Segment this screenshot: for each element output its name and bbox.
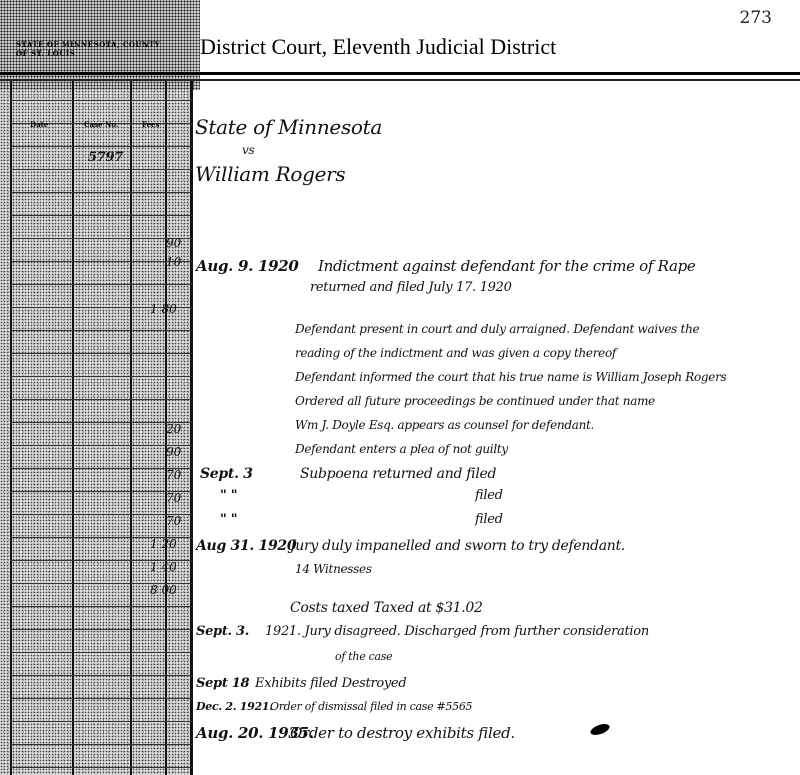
fee-amount: 90 bbox=[166, 236, 181, 250]
entry-date: Aug 31. 1920 bbox=[196, 538, 296, 554]
fee-amount: 20 bbox=[166, 422, 181, 436]
ledger-row-line bbox=[10, 629, 192, 630]
entry-text: Order of dismissal filed in case #5565 bbox=[270, 700, 472, 713]
entry-text: Defendant enters a plea of not guilty bbox=[295, 442, 508, 456]
fee-amount: 1 20 bbox=[150, 537, 177, 551]
ledger-row-line bbox=[10, 491, 192, 492]
entry-date: Sept. 3 bbox=[200, 466, 253, 482]
fee-amount: 8 00 bbox=[150, 583, 177, 597]
ledger-row-line bbox=[10, 100, 192, 101]
court-record-page: 273 STATE OF MINNESOTA, COUNTY OF ST. LO… bbox=[0, 0, 800, 775]
column-divider bbox=[72, 81, 74, 775]
ledger-row-line bbox=[10, 192, 192, 193]
entry-text: reading of the indictment and was given … bbox=[295, 346, 616, 360]
ledger-row-line bbox=[10, 284, 192, 285]
ledger-row-line bbox=[10, 238, 192, 239]
ink-blot bbox=[589, 722, 611, 737]
ledger-row-line bbox=[10, 606, 192, 607]
entry-text: 14 Witnesses bbox=[295, 562, 372, 576]
entry-text: Costs taxed Taxed at $31.02 bbox=[290, 600, 483, 616]
ledger-row-line bbox=[10, 698, 192, 699]
ledger-row-line bbox=[10, 468, 192, 469]
ledger-row-line bbox=[10, 146, 192, 147]
ledger-row-line bbox=[10, 422, 192, 423]
ledger-row-line bbox=[10, 376, 192, 377]
entry-text: Exhibits filed Destroyed bbox=[255, 676, 406, 691]
entry-text: Ordered all future proceedings be contin… bbox=[295, 394, 655, 408]
entry-date: Sept 18 bbox=[196, 676, 249, 691]
entry-text: of the case bbox=[335, 650, 392, 663]
entry-text: Jury duly impanelled and sworn to try de… bbox=[290, 538, 625, 554]
column-header-fees: Fees bbox=[142, 120, 159, 129]
case-versus: vs bbox=[242, 143, 254, 157]
entry-text: filed bbox=[475, 488, 503, 503]
page-number: 273 bbox=[740, 8, 772, 28]
ledger-row-line bbox=[10, 767, 192, 768]
entry-date: Sept. 3. bbox=[196, 624, 249, 639]
ledger-row-line bbox=[10, 744, 192, 745]
fee-amount: 10 bbox=[166, 255, 181, 269]
column-divider bbox=[190, 81, 193, 775]
ledger-row-line bbox=[10, 330, 192, 331]
entry-date: Aug. 9. 1920 bbox=[196, 257, 299, 275]
column-header-case-no: Case No. bbox=[84, 120, 118, 129]
entry-text: Indictment against defendant for the cri… bbox=[318, 257, 695, 275]
fee-amount: 1 80 bbox=[150, 302, 177, 316]
entry-date: " " bbox=[220, 512, 237, 527]
column-divider bbox=[130, 81, 132, 775]
court-title: District Court, Eleventh Judicial Distri… bbox=[200, 34, 556, 60]
entry-text: 1921. Jury disagreed. Discharged from fu… bbox=[265, 624, 649, 639]
entry-text: Subpoena returned and filed bbox=[300, 466, 496, 482]
entry-text: filed bbox=[475, 512, 503, 527]
ledger-row-line bbox=[10, 675, 192, 676]
ledger-row-line bbox=[10, 445, 192, 446]
entry-text: Defendant informed the court that his tr… bbox=[295, 370, 726, 384]
case-number: 5797 bbox=[88, 150, 123, 165]
case-defendant: William Rogers bbox=[195, 162, 345, 186]
fee-amount: 70 bbox=[166, 491, 181, 505]
ledger-row-line bbox=[10, 169, 192, 170]
fee-amount: 1 40 bbox=[150, 560, 177, 574]
ledger-row-line bbox=[10, 353, 192, 354]
ledger-row-line bbox=[10, 261, 192, 262]
entry-date: " " bbox=[220, 488, 237, 503]
ledger-row-line bbox=[10, 514, 192, 515]
ledger-row-line bbox=[10, 215, 192, 216]
entry-text: Wm J. Doyle Esq. appears as counsel for … bbox=[295, 418, 594, 432]
header-rule bbox=[0, 72, 800, 75]
column-header-date: Date bbox=[30, 120, 48, 129]
ledger-row-line bbox=[10, 652, 192, 653]
entry-date: Dec. 2. 1921. bbox=[196, 700, 273, 713]
ledger-row-line bbox=[10, 721, 192, 722]
fee-amount: 70 bbox=[166, 468, 181, 482]
column-divider bbox=[10, 81, 12, 775]
case-plaintiff: State of Minnesota bbox=[195, 115, 382, 139]
entry-text: Order to destroy exhibits filed. bbox=[290, 724, 515, 742]
entry-text: Defendant present in court and duly arra… bbox=[295, 322, 699, 336]
header-rule-secondary bbox=[0, 79, 800, 81]
header-state-county: STATE OF MINNESOTA, COUNTY OF ST. LOUIS bbox=[16, 40, 166, 58]
fee-amount: 90 bbox=[166, 445, 181, 459]
scan-noise-left-columns bbox=[0, 0, 192, 775]
entry-text: returned and filed July 17. 1920 bbox=[310, 280, 512, 295]
fee-amount: 70 bbox=[166, 514, 181, 528]
ledger-row-line bbox=[10, 399, 192, 400]
